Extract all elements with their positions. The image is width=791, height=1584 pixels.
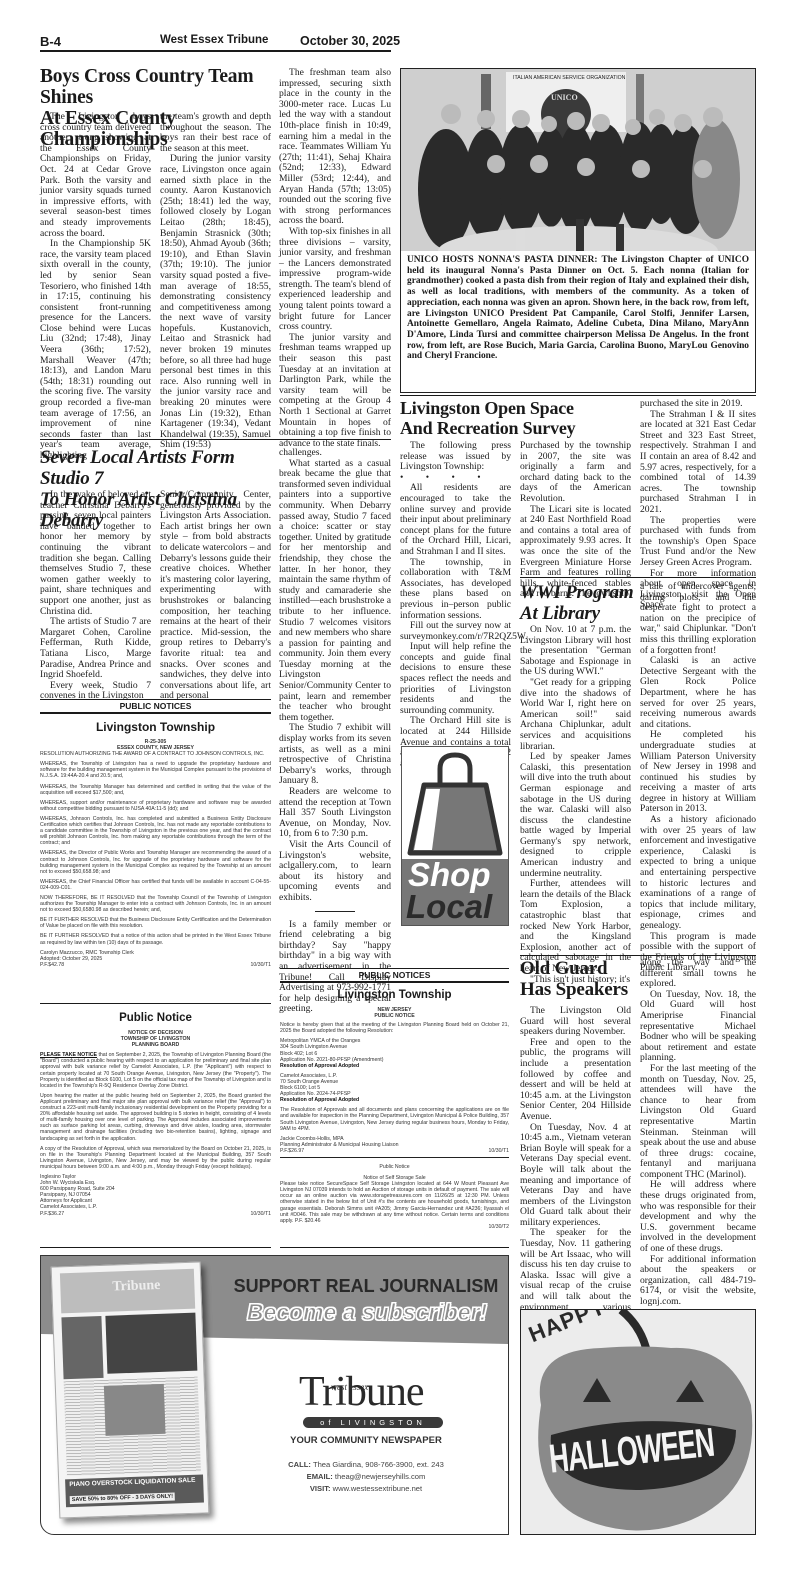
halloween-ad: HAPPY HALLOWEEN [520,1309,756,1535]
notice-paragraph: WHEREAS, Johnson Controls, Inc. has comp… [40,816,271,846]
application-entry: Camelot Associates, L.P. 70 South Orange… [280,1073,509,1103]
paragraph: Calaski is an active Detective Sergeant … [640,656,756,730]
notice-paragraph: BE IT FURTHER RESOLVED that a notice of … [40,933,271,945]
notice-divider [40,1003,271,1004]
notice-paragraph: NOW THEREFORE, BE IT RESOLVED that the T… [40,895,271,913]
notice-subtitle: PUBLIC NOTICE [280,1013,509,1019]
notice-subtitle: PLANNING BOARD [40,1042,271,1048]
paragraph: He will address where these drugs origin… [640,1180,756,1254]
paragraph: Purchased by the township in 2007, the s… [520,441,631,505]
shop-local-ad: Shop Local [401,746,509,926]
notice-paragraph: BE IT FURTHER RESOLVED that the Business… [40,917,271,929]
notice-paragraph: WHEREAS, the Director of Public Works an… [40,850,271,874]
contact-label: EMAIL: [307,1472,333,1481]
unico-logo-text: UNICO [551,93,578,102]
public-notice-title: Public Notice [40,1012,271,1024]
notice-signature: Carolyn Mazzucco, RMC Township Clerk Ado… [40,950,271,968]
public-notices-label: PUBLIC NOTICES [40,701,271,711]
paragraph: During the junior varsity race, Livingst… [160,154,271,451]
paragraph: Visit the Arts Council of Livingston's w… [279,840,391,904]
notices-label-rule [280,981,509,983]
preview-ad-banner: PIANO OVERSTOCK LIQUIDATION SALE SAVE 50… [65,1475,204,1508]
cross-country-col3: The freshman team also impressed, securi… [279,68,391,449]
contact-visit: VISIT: www.westessextribune.net [231,1483,501,1495]
paragraph: For the last meeting of the month on Tue… [640,1064,756,1181]
shopping-bag-icon [402,747,508,859]
studio7-col1: In the wake of beloved art teacher Chris… [40,490,151,702]
paragraph: In the Championship 5K race, the varsity… [40,239,151,461]
paragraph: along the way and the different small to… [640,958,756,990]
paragraph: the team's growth and depth throughout t… [160,112,271,154]
notice-paragraph: A copy of the Resolution of Approval, wh… [40,1146,271,1170]
headline-line: Old Guard [520,958,635,979]
become-subscriber-cta[interactable]: Become a subscriber! [229,1299,505,1326]
paragraph: Led by speaker James Calaski, this prese… [520,752,631,879]
preview-masthead: Tribune [112,1278,161,1296]
preview-masthead-area: Tribune [60,1269,195,1314]
issue-date: October 30, 2025 [300,34,400,48]
contact-label: VISIT: [310,1484,331,1493]
paragraph: In the wake of beloved art teacher Chris… [40,490,151,617]
notice-title: Livingston Township [40,720,271,734]
studio7-col2: Senior/Community Center, generously prov… [160,490,271,702]
paragraph: The Livingston Old Guard will host sever… [520,1006,631,1038]
paragraph: Input will help refine the concepts and … [400,642,511,716]
newspaper-preview-image: Tribune PIANO OVERSTOCK LIQUIDATION SALE… [51,1261,210,1518]
notice-divider [280,1247,509,1248]
signature-row: P.F.$42.78 10/30/T1 [40,962,271,968]
paragraph: Senior/Community Center, generously prov… [160,490,271,702]
section-divider [520,577,756,578]
notices-top-rule [280,968,509,969]
preview-photo [105,1313,197,1374]
notice-code: 10/30/T2 [280,1224,509,1230]
paragraph: What started as a casual break became th… [279,459,391,724]
wwi-headline: WWI Program At Library [520,582,635,624]
decision-signature: Inglesino Taylor John W. Wyciskala Esq. … [40,1174,271,1217]
headline-line: WWI Program [520,582,635,603]
wwi-col1: On Nov. 10 at 7 p.m. the Livingston Libr… [520,625,631,985]
local-text: Local [402,891,508,923]
notice-paragraph: WHEREAS, the Township Manager has determ… [40,784,271,796]
fee-amount: P.F.$36.27 [40,1211,64,1217]
header-rule [40,50,391,52]
paragraph: The township, in collaboration with T&M … [400,558,511,622]
old-guard-col2: along the way and the different small to… [640,958,756,1308]
notice-title: Livingston Township [280,989,509,1001]
paragraph: On Tuesday, Nov. 18, the Old Guard will … [640,990,756,1064]
paragraph: On Tuesday, Nov. 4 at 10:45 a.m., Vietna… [520,1123,631,1229]
open-space-col1: The following press release was issued b… [400,441,511,769]
paragraph: The properties were purchased with funds… [640,516,756,569]
signature-row: P.F.$36.27 10/30/T1 [40,1211,271,1217]
paragraph: As a history aficionado with over 25 yea… [640,815,756,932]
notice-code: 10/30/T1 [251,1211,271,1217]
paragraph: All residents are encouraged to take the… [400,483,511,557]
paragraph: a tale of undercover agents, daring plot… [640,582,756,656]
paragraph: The Strahman I & II sites are located at… [640,410,756,516]
public-notices-label: PUBLIC NOTICES [280,970,509,980]
contact-email: EMAIL: theag@newjerseyhills.com [231,1471,501,1483]
support-journalism-headline: SUPPORT REAL JOURNALISM [231,1276,501,1297]
paragraph: For additional information about the spe… [640,1255,756,1308]
contact-call: CALL: Thea Giardina, 908-766-3900, ext. … [231,1459,501,1471]
old-guard-col1: The Livingston Old Guard will host sever… [520,1006,631,1324]
notice-divider [280,1157,509,1158]
logo-tribune: Tribune [299,1370,423,1414]
planning-board-notice: NEW JERSEY PUBLIC NOTICE Notice is hereb… [280,1007,509,1230]
storage-notice-title: Public Notice [280,1164,509,1170]
page-number: B-4 [40,34,61,49]
notice-lead: PLEASE TAKE NOTICE [40,1052,97,1058]
headline-line: Boys Cross Country Team Shines [40,66,280,108]
jack-o-lantern-illustration [521,1310,756,1535]
paragraph: "Get ready for a gripping dive into the … [520,678,631,752]
preview-banner-text: PIANO OVERSTOCK LIQUIDATION SALE [69,1477,199,1489]
studio7-col3: challenges. What started as a casual bre… [279,448,391,1015]
notice-paragraph: that on September 2, 2025, the Township … [40,1052,271,1088]
headline-line: And Recreation Survey [400,418,630,438]
fee-amount: P.F.$42.78 [40,962,64,968]
headline-line: Livingston Open Space [400,398,630,418]
notice-code: 10/30/T1 [251,962,271,968]
survey-link[interactable]: Fill out the survey now at surveymonkey.… [400,621,511,642]
unico-photo-box: ITALIAN AMERICAN SERVICE ORGANIZATION UN… [400,68,756,393]
notice-paragraph: Upon hearing the matter at the public he… [40,1093,271,1142]
paragraph: Free and open to the public, the program… [520,1038,631,1123]
short-divider [315,911,355,912]
headline-line: Has Speakers [520,979,635,1000]
ad-contact-block: CALL: Thea Giardina, 908-766-3900, ext. … [231,1459,501,1495]
cross-country-col2: the team's growth and depth throughout t… [160,112,271,451]
entry-status: Resolution of Approval Adopted [280,1063,509,1069]
notice-code: 10/30/T1 [489,1148,509,1154]
paragraph: The artists of Studio 7 are Margaret Coh… [40,617,151,681]
resolution-notice: R-25-305 ESSEX COUNTY, NEW JERSEY RESOLU… [40,739,271,968]
contact-email-link[interactable]: theag@newjerseyhills.com [335,1472,425,1481]
section-divider [520,955,756,956]
headline-line: Seven Local Artists Form Studio 7 [40,447,280,489]
logo-of-livingston-band: of LIVINGSTON [303,1417,443,1428]
paragraph: Readers are welcome to attend the recept… [279,787,391,840]
section-divider [400,395,756,396]
open-space-col3: purchased the site in 2019. The Strahman… [640,399,756,611]
paragraph: With top-six finishes in all three divis… [279,227,391,333]
signature-row: P.F.$26.97 10/30/T1 [280,1148,509,1154]
group-photo-illustration [401,69,755,251]
fee-amount: P.F.$26.97 [280,1148,304,1154]
unico-photo-caption: UNICO HOSTS NONNA'S PASTA DINNER: The Li… [407,255,749,362]
publication-name: West Essex Tribune [160,34,268,46]
notice-paragraph: Notice is hereby given that at the meeti… [280,1022,509,1034]
preview-photo [61,1316,103,1379]
old-guard-headline: Old Guard Has Speakers [520,958,635,1000]
entry-status: Resolution of Approval Adopted [280,1097,509,1103]
notice-paragraph: WHEREAS, the Township of Livingston has … [40,761,271,779]
preview-photo [104,1384,166,1436]
wwi-col2: a tale of undercover agents, daring plot… [640,582,756,974]
contact-label: CALL: [288,1460,311,1469]
paragraph: challenges. [279,448,391,459]
preview-banner-subtext: SAVE 50% to 80% OFF - 3 DAYS ONLY! [70,1492,175,1504]
notice-paragraph: The Resolution of Approvals and all docu… [280,1107,509,1131]
shop-text: Shop [402,859,508,891]
notice-paragraph: RESOLUTION AUTHORIZING THE AWARD OF A CO… [40,751,271,757]
contact-phone[interactable]: Thea Giardina, 908-766-3900, ext. 243 [313,1460,444,1469]
notice-divider [40,1247,271,1248]
notices-label-rule [40,712,271,714]
paragraph: The Studio 7 exhibit will display works … [279,723,391,787]
paragraph: purchased the site in 2019. [640,399,756,410]
paragraph: On Nov. 10 at 7 p.m. the Livingston Libr… [520,625,631,678]
paragraph: The Livingston boys cross country team d… [40,112,151,239]
open-space-headline: Livingston Open Space And Recreation Sur… [400,398,630,438]
unico-banner-text: ITALIAN AMERICAN SERVICE ORGANIZATION [513,75,625,81]
notice-paragraph: WHEREAS, the Chief Financial Officer has… [40,879,271,891]
subscribe-ad: Tribune PIANO OVERSTOCK LIQUIDATION SALE… [40,1255,509,1535]
paragraph: The junior varsity and freshman teams wr… [279,333,391,450]
notices-top-rule [40,699,271,700]
paragraph: He completed his undergraduate studies a… [640,730,756,815]
headline-line: At Library [520,603,635,624]
cross-country-col1: The Livingston boys cross country team d… [40,112,151,462]
paragraph: The following press release was issued b… [400,441,511,473]
storage-notice-text: Please take notice SecureSpace Self Stor… [280,1181,509,1224]
notice-signature: Jackie Coombs-Hollis, MPA Planning Admin… [280,1136,509,1154]
ad-tagline: YOUR COMMUNITY NEWSPAPER [231,1435,501,1446]
section-divider [40,439,391,440]
application-entry: Metropolitan YMCA of the Oranges 304 Sou… [280,1038,509,1068]
contact-website-link[interactable]: www.westessextribune.net [333,1484,422,1493]
paragraph: The freshman team also impressed, securi… [279,68,391,227]
decision-notice: NOTICE OF DECISION TOWNSHIP OF LIVINGSTO… [40,1030,271,1217]
notice-paragraph: WHEREAS, support and/or maintenance of p… [40,800,271,812]
shop-local-text-block: Shop Local [402,859,508,925]
unico-group-photo: ITALIAN AMERICAN SERVICE ORGANIZATION UN… [401,69,755,251]
